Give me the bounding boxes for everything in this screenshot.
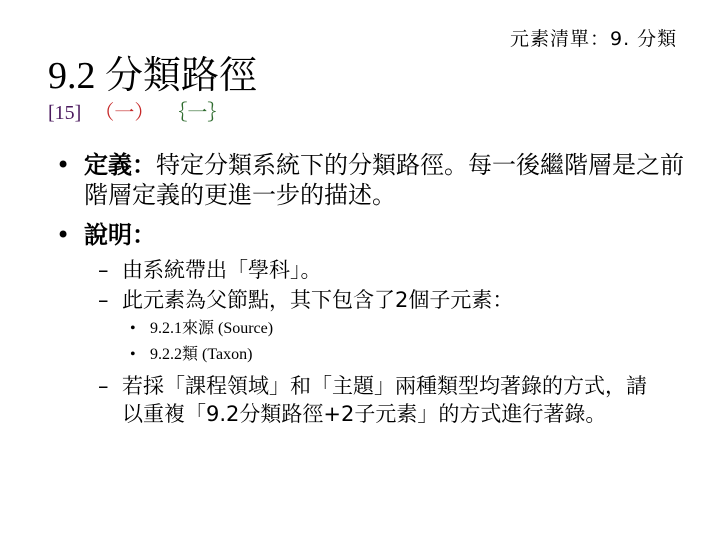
description-label: 說明： — [84, 221, 156, 249]
tag-line: [15] （一） ｛一｝ — [48, 96, 235, 125]
dash-icon: – — [98, 372, 109, 400]
sub-item-text: 由系統帶出「學科」。 — [122, 256, 682, 284]
sub-item-text: 此元素為父節點，其下包含了2個子元素： — [122, 286, 682, 314]
definition-label: 定義： — [84, 151, 156, 179]
bullet-description: • 說明： — [56, 220, 716, 250]
section-reference: 元素清單：9. 分類 — [510, 24, 677, 51]
tag-requirement: （一） — [94, 102, 154, 124]
bullet-icon: • — [130, 344, 136, 366]
child-element-text: 9.2.2類 (Taxon) — [150, 344, 252, 366]
dash-icon: – — [98, 286, 109, 314]
definition-text: 特定分類系統下的分類路徑。每一後繼階層是之前階層定義的更進一步的描述。 — [84, 151, 684, 209]
child-element-text: 9.2.1來源 (Source) — [150, 318, 273, 340]
tag-repeatability: ｛一｝ — [167, 102, 227, 124]
bullet-definition: • 定義：特定分類系統下的分類路徑。每一後繼階層是之前階層定義的更進一步的描述。 — [56, 150, 716, 212]
bullet-icon: • — [56, 220, 70, 250]
dash-icon: – — [98, 256, 109, 284]
slide-title: 9.2 分類路徑 — [48, 44, 257, 99]
bullet-icon: • — [56, 150, 70, 180]
tag-number: [15] — [48, 102, 81, 124]
bullet-icon: • — [130, 318, 136, 340]
sub-item-text: 若採「課程領域」和「主題」兩種類型均著錄的方式，請以重複「9.2分類路徑+2子元… — [122, 372, 662, 428]
